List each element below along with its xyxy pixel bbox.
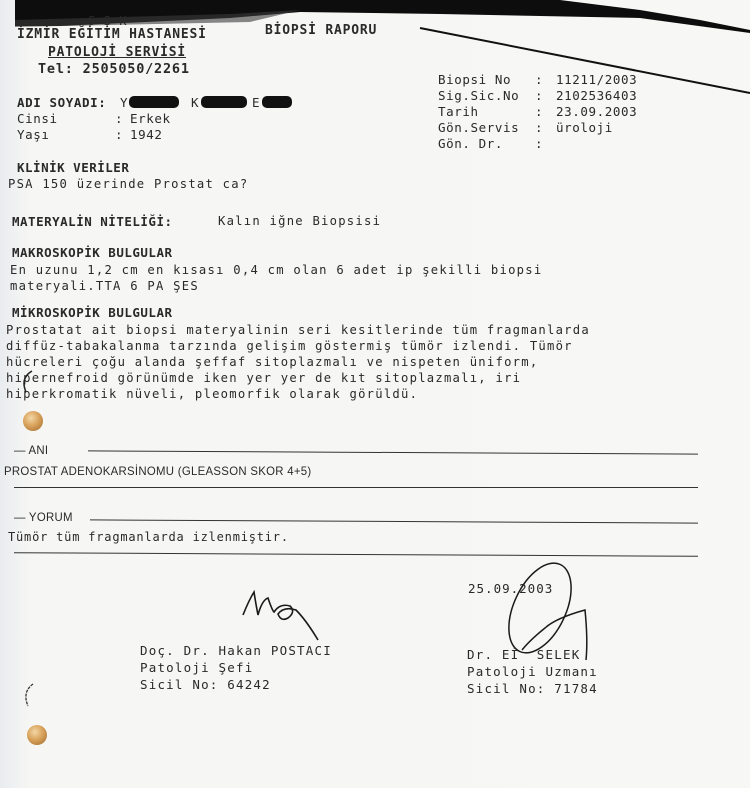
- rule-line: [14, 487, 698, 488]
- rule-line: [88, 450, 698, 454]
- binder-hole: [23, 411, 43, 431]
- patient-initial-3: E: [252, 95, 260, 110]
- patient-initial-1: Y: [120, 95, 128, 110]
- ssn-value: 2102536403: [556, 88, 637, 103]
- redaction-bar: [262, 96, 292, 108]
- macroscopic-line: En uzunu 1,2 cm en kısası 0,4 cm olan 6 …: [10, 263, 542, 278]
- patient-name-label: ADI SOYADI:: [17, 95, 106, 110]
- clinical-text: PSA 150 üzerinde Prostat ca?: [8, 177, 248, 192]
- signatory-2-registry: Sicil No: 71784: [467, 681, 598, 696]
- biopsy-no-value: 11211/2003: [556, 72, 637, 87]
- redaction-bar: [129, 96, 179, 108]
- material-label: MATERYALİN NİTELİĞİ:: [12, 214, 173, 229]
- redaction-bar: [201, 96, 247, 108]
- macroscopic-heading: MAKROSKOPİK BULGULAR: [12, 245, 173, 260]
- diagnosis-heading: — ANI: [14, 443, 48, 458]
- macroscopic-line: materyali.TTA 6 PA ŞES: [10, 279, 199, 294]
- age-value: 1942: [130, 127, 163, 142]
- sex-label: Cinsi: [17, 111, 58, 126]
- report-page: S S K İZMİR EĞİTİM HASTANESİ BİOPSİ RAPO…: [0, 0, 750, 788]
- date-label: Tarih: [438, 104, 479, 119]
- signatory-1-name: Doç. Dr. Hakan POSTACI: [140, 643, 332, 658]
- rule-line: [14, 552, 698, 557]
- signatory-1-title: Patoloji Şefi: [140, 660, 253, 675]
- comment-text: Tümör tüm fragmanlarda izlenmiştir.: [8, 530, 289, 545]
- biopsy-no-label: Biopsi No: [438, 72, 511, 87]
- signatory-1-registry: Sicil No: 64242: [140, 677, 271, 692]
- referring-doctor-label: Gön. Dr.: [438, 136, 503, 151]
- date-value: 23.09.2003: [556, 104, 637, 119]
- diagnosis-text: PROSTAT ADENOKARSİNOMU (GLEASSON SKOR 4+…: [4, 464, 312, 479]
- report-title: BİOPSİ RAPORU: [265, 23, 377, 38]
- microscopic-line: diffüz-tabakalanma tarzında gelişim göst…: [6, 339, 573, 354]
- signatory-2-title: Patoloji Uzmanı: [467, 664, 598, 679]
- microscopic-line: hiperkromatik nüveli, pleomorfik olarak …: [6, 387, 418, 402]
- rule-line: [90, 519, 698, 523]
- ssn-label: Sig.Sic.No: [438, 88, 519, 103]
- sex-value: Erkek: [130, 111, 171, 126]
- binder-hole: [27, 725, 47, 745]
- microscopic-line: hipernefroid görünümde iken yer yer de k…: [6, 371, 521, 386]
- microscopic-line: hücreleri çoğu alanda şeffaf sitoplazmal…: [6, 355, 538, 370]
- punch-mark: [20, 682, 36, 708]
- referring-service-label: Gön.Servis: [438, 120, 519, 135]
- referring-service-value: üroloji: [556, 120, 613, 135]
- material-value: Kalın iğne Biopsisi: [218, 214, 381, 229]
- hospital-name: İZMİR EĞİTİM HASTANESİ: [17, 27, 207, 42]
- department-name: PATOLOJİ SERVİSİ: [48, 45, 186, 60]
- age-label: Yaşı: [17, 127, 50, 142]
- comment-heading: — YORUM: [14, 510, 73, 525]
- patient-initial-2: K: [191, 95, 199, 110]
- signature-date: 25.09.2003: [468, 581, 553, 596]
- clinical-heading: KLİNİK VERİLER: [17, 160, 129, 175]
- punch-mark: [18, 368, 38, 396]
- microscopic-line: Prostatat ait biopsi materyalinin seri k…: [6, 323, 590, 338]
- phone-number: Tel: 2505050/2261: [38, 62, 190, 77]
- signature-postaci: [243, 592, 318, 640]
- signatory-2-name: Dr. Eİ SELEK: [467, 647, 580, 662]
- microscopic-heading: MİKROSKOPİK BULGULAR: [12, 305, 173, 320]
